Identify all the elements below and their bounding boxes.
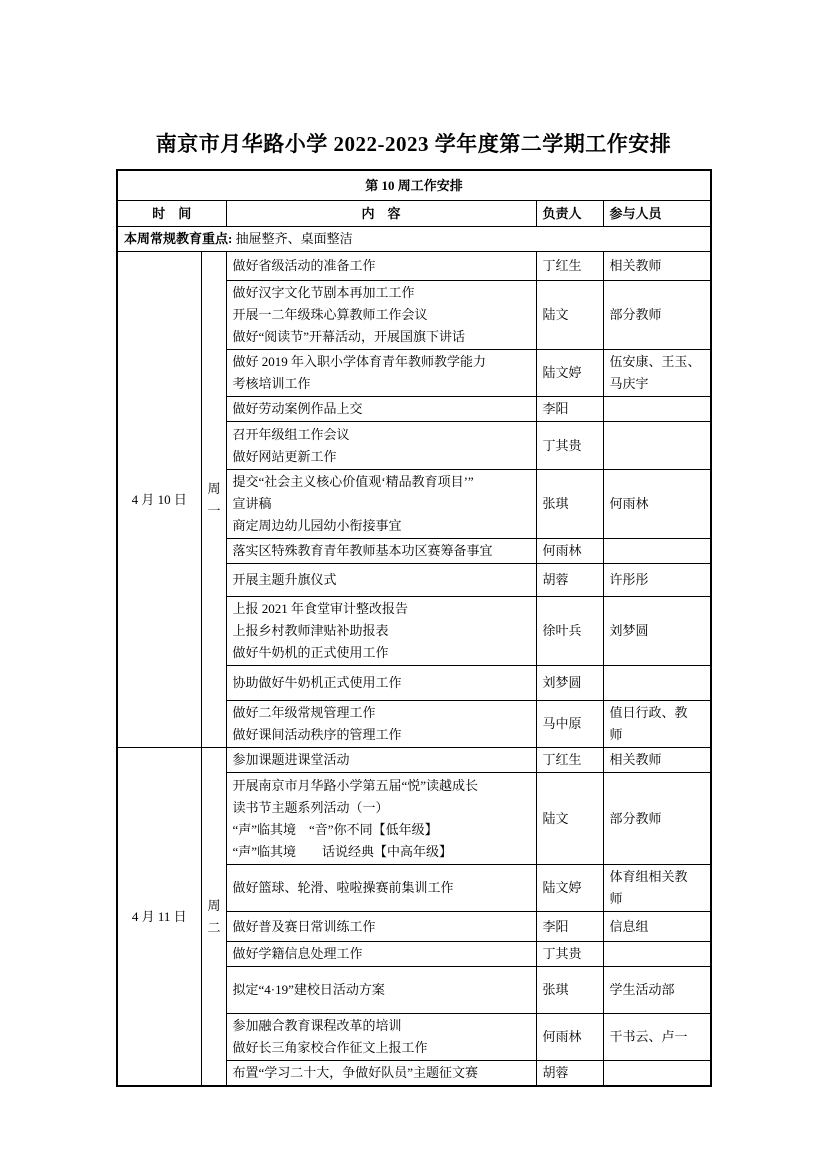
participants-cell: 伍安康、王玉、马庆宇: [603, 350, 711, 397]
participants-cell: 体育组相关教师: [603, 865, 711, 912]
task-line: 上报 2021 年食堂审计整改报告: [233, 598, 530, 620]
task-line: 读书节主题系列活动（一）: [233, 797, 530, 819]
task-cell: 布置“学习二十大，争做好队员”主题征文赛: [226, 1061, 536, 1087]
task-line: 做好普及赛日常训练工作: [233, 916, 530, 938]
leader-cell: 丁红生: [536, 748, 603, 773]
task-line: 商定周边幼儿园幼小衔接事宜: [233, 515, 530, 537]
task-cell: 参加课题进课堂活动: [226, 748, 536, 773]
task-line: 做好劳动案例作品上交: [233, 398, 530, 420]
task-cell: 拟定“4·19”建校日活动方案: [226, 967, 536, 1014]
participants-cell: 部分教师: [603, 281, 711, 350]
task-line: 做好 2019 年入职小学体育青年教师教学能力: [233, 351, 530, 373]
task-cell: 参加融合教育课程改革的培训做好长三角家校合作征文上报工作: [226, 1014, 536, 1061]
leader-cell: 马中原: [536, 701, 603, 748]
leader-cell: 丁红生: [536, 252, 603, 281]
task-line: 提交“社会主义核心价值观‘精品教育项目’”: [233, 471, 530, 493]
participants-cell: [603, 539, 711, 564]
task-line: 宣讲稿: [233, 493, 530, 515]
participant-line: 干书云、卢一: [610, 1026, 705, 1048]
participants-cell: 部分教师: [603, 773, 711, 865]
task-cell: 协助做好牛奶机正式使用工作: [226, 666, 536, 701]
participant-line: 学生活动部: [610, 979, 705, 1001]
notice-row: 本周常规教育重点: 抽屉整齐、桌面整洁: [117, 227, 711, 252]
participants-cell: 相关教师: [603, 748, 711, 773]
task-line: 开展一二年级珠心算教师工作会议: [233, 304, 530, 326]
participants-cell: 相关教师: [603, 252, 711, 281]
document-page: 南京市月华路小学 2022-2023 学年度第二学期工作安排 第 10 周工作安…: [0, 0, 827, 1170]
task-line: 协助做好牛奶机正式使用工作: [233, 672, 530, 694]
task-cell: 做好篮球、轮滑、啦啦操赛前集训工作: [226, 865, 536, 912]
leader-cell: 何雨林: [536, 539, 603, 564]
table-row: 4 月 11 日周二参加课题进课堂活动丁红生相关教师: [117, 748, 711, 773]
task-line: 做好汉字文化节剧本再加工工作: [233, 282, 530, 304]
task-line: 召开年级组工作会议: [233, 424, 530, 446]
participant-line: 相关教师: [610, 255, 705, 277]
leader-cell: 胡蓉: [536, 564, 603, 597]
participants-cell: [603, 397, 711, 422]
leader-cell: 徐叶兵: [536, 597, 603, 666]
leader-cell: 胡蓉: [536, 1061, 603, 1087]
table-row: 4 月 10 日周一做好省级活动的准备工作丁红生相关教师: [117, 252, 711, 281]
task-line: 做好“阅读节”开幕活动，开展国旗下讲话: [233, 326, 530, 348]
leader-cell: 陆文: [536, 281, 603, 350]
leader-cell: 何雨林: [536, 1014, 603, 1061]
task-line: 落实区特殊教育青年教师基本功区赛筹备事宜: [233, 540, 530, 562]
task-cell: 召开年级组工作会议做好网站更新工作: [226, 422, 536, 470]
col-header-leader: 负责人: [536, 201, 603, 227]
participants-cell: 何雨林: [603, 470, 711, 539]
schedule-body: 第 10 周工作安排 时 间 内 容 负责人 参与人员 本周常规教育重点: 抽屉…: [117, 170, 711, 1086]
leader-cell: 陆文婷: [536, 865, 603, 912]
participants-cell: [603, 942, 711, 967]
leader-cell: 丁其贵: [536, 942, 603, 967]
task-line: 做好二年级常规管理工作: [233, 702, 530, 724]
task-cell: 开展南京市月华路小学第五届“悦”读越成长读书节主题系列活动（一）“声”临其境 “…: [226, 773, 536, 865]
weekday-vertical-text: 周二: [208, 895, 220, 939]
col-header-participants: 参与人员: [603, 201, 711, 227]
notice-cell: 本周常规教育重点: 抽屉整齐、桌面整洁: [117, 227, 711, 252]
task-line: 参加课题进课堂活动: [233, 749, 530, 771]
task-line: 拟定“4·19”建校日活动方案: [233, 979, 530, 1001]
participant-line: 信息组: [610, 916, 705, 938]
task-cell: 做好 2019 年入职小学体育青年教师教学能力考核培训工作: [226, 350, 536, 397]
leader-cell: 刘梦圆: [536, 666, 603, 701]
task-cell: 做好学籍信息处理工作: [226, 942, 536, 967]
leader-cell: 丁其贵: [536, 422, 603, 470]
task-line: “声”临其境 “音”你不同【低年级】: [233, 819, 530, 841]
schedule-table: 第 10 周工作安排 时 间 内 容 负责人 参与人员 本周常规教育重点: 抽屉…: [116, 169, 712, 1087]
task-line: 开展主题升旗仪式: [233, 569, 530, 591]
participant-line: 刘梦圆: [610, 620, 705, 642]
col-header-content: 内 容: [226, 201, 536, 227]
task-line: 做好长三角家校合作征文上报工作: [233, 1037, 530, 1059]
task-line: 布置“学习二十大，争做好队员”主题征文赛: [233, 1062, 530, 1084]
leader-cell: 李阳: [536, 912, 603, 942]
task-line: “声”临其境 话说经典【中高年级】: [233, 841, 530, 863]
task-line: 做好牛奶机的正式使用工作: [233, 642, 530, 664]
task-line: 做好网站更新工作: [233, 446, 530, 468]
participant-line: 师: [610, 888, 705, 910]
participant-line: 值日行政、教: [610, 702, 705, 724]
leader-cell: 陆文婷: [536, 350, 603, 397]
participant-line: 许彤彤: [610, 569, 705, 591]
leader-cell: 陆文: [536, 773, 603, 865]
participant-line: 师: [610, 724, 705, 746]
task-line: 做好课间活动秩序的管理工作: [233, 724, 530, 746]
task-cell: 落实区特殊教育青年教师基本功区赛筹备事宜: [226, 539, 536, 564]
task-line: 上报乡村教师津贴补助报表: [233, 620, 530, 642]
participant-line: 部分教师: [610, 304, 705, 326]
leader-cell: 张琪: [536, 967, 603, 1014]
participants-cell: 信息组: [603, 912, 711, 942]
weekday-cell: 周一: [201, 252, 226, 748]
participant-line: 马庆宇: [610, 373, 705, 395]
task-line: 做好省级活动的准备工作: [233, 255, 530, 277]
participants-cell: 干书云、卢一: [603, 1014, 711, 1061]
participants-cell: [603, 666, 711, 701]
task-cell: 做好劳动案例作品上交: [226, 397, 536, 422]
leader-cell: 李阳: [536, 397, 603, 422]
task-line: 做好学籍信息处理工作: [233, 943, 530, 965]
task-line: 做好篮球、轮滑、啦啦操赛前集训工作: [233, 877, 530, 899]
weekday-vertical-text: 周一: [208, 478, 220, 522]
header-row: 时 间 内 容 负责人 参与人员: [117, 201, 711, 227]
task-line: 参加融合教育课程改革的培训: [233, 1015, 530, 1037]
task-line: 考核培训工作: [233, 373, 530, 395]
participant-line: 部分教师: [610, 808, 705, 830]
participant-line: 伍安康、王玉、: [610, 351, 705, 373]
participant-line: 体育组相关教: [610, 866, 705, 888]
task-cell: 开展主题升旗仪式: [226, 564, 536, 597]
task-cell: 上报 2021 年食堂审计整改报告上报乡村教师津贴补助报表做好牛奶机的正式使用工…: [226, 597, 536, 666]
participant-line: 相关教师: [610, 749, 705, 771]
week-title: 第 10 周工作安排: [117, 170, 711, 201]
page-title: 南京市月华路小学 2022-2023 学年度第二学期工作安排: [0, 128, 827, 158]
participants-cell: 学生活动部: [603, 967, 711, 1014]
col-header-time: 时 间: [117, 201, 226, 227]
participants-cell: 值日行政、教师: [603, 701, 711, 748]
date-cell: 4 月 11 日: [117, 748, 201, 1087]
weekday-cell: 周二: [201, 748, 226, 1087]
leader-cell: 张琪: [536, 470, 603, 539]
participants-cell: 许彤彤: [603, 564, 711, 597]
task-cell: 提交“社会主义核心价值观‘精品教育项目’”宣讲稿商定周边幼儿园幼小衔接事宜: [226, 470, 536, 539]
notice-text: 抽屉整齐、桌面整洁: [236, 231, 353, 246]
notice-label: 本周常规教育重点:: [124, 231, 232, 246]
participants-cell: 刘梦圆: [603, 597, 711, 666]
task-cell: 做好二年级常规管理工作做好课间活动秩序的管理工作: [226, 701, 536, 748]
week-title-row: 第 10 周工作安排: [117, 170, 711, 201]
task-cell: 做好汉字文化节剧本再加工工作开展一二年级珠心算教师工作会议做好“阅读节”开幕活动…: [226, 281, 536, 350]
participants-cell: [603, 1061, 711, 1087]
date-cell: 4 月 10 日: [117, 252, 201, 748]
participants-cell: [603, 422, 711, 470]
participant-line: 何雨林: [610, 493, 705, 515]
task-cell: 做好省级活动的准备工作: [226, 252, 536, 281]
task-cell: 做好普及赛日常训练工作: [226, 912, 536, 942]
task-line: 开展南京市月华路小学第五届“悦”读越成长: [233, 775, 530, 797]
